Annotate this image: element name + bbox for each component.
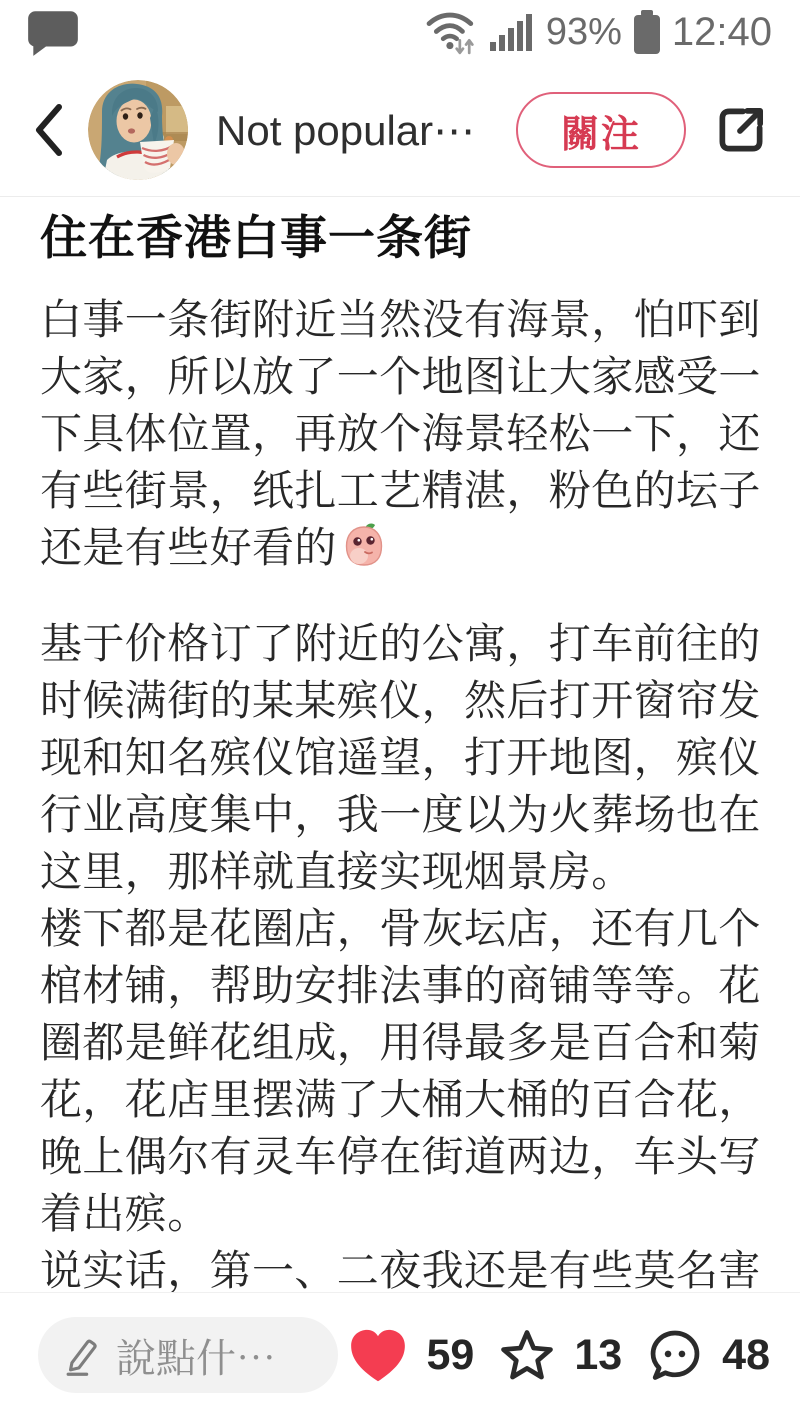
wifi-icon bbox=[424, 8, 480, 56]
pencil-icon bbox=[60, 1333, 104, 1377]
post-paragraph-2: 基于价格订了附近的公寓，打车前往的 时候满街的某某殡仪，然后打开窗帘发 现和知名… bbox=[40, 615, 760, 1299]
chat-bubble-notification-icon bbox=[24, 7, 82, 57]
status-indicators: 93% 12:40 bbox=[424, 8, 772, 56]
like-button[interactable]: 59 bbox=[346, 1325, 474, 1385]
collect-button[interactable]: 13 bbox=[496, 1325, 622, 1385]
post-paragraph-1: 白事一条街附近当然没有海景，怕吓到 大家，所以放了一个地图让大家感受一 下具体位… bbox=[40, 291, 760, 576]
post-header: Not popular⋯ 關注 bbox=[0, 64, 800, 197]
status-bar: 93% 12:40 bbox=[0, 0, 800, 64]
post-title: 住在香港白事一条街 bbox=[40, 209, 760, 267]
comment-button[interactable]: 48 bbox=[644, 1325, 770, 1385]
chevron-left-icon bbox=[30, 101, 66, 159]
comment-count: 48 bbox=[722, 1331, 770, 1380]
follow-button[interactable]: 關注 bbox=[516, 92, 686, 168]
star-icon bbox=[496, 1325, 558, 1385]
like-count: 59 bbox=[426, 1331, 474, 1380]
collect-count: 13 bbox=[574, 1331, 622, 1380]
paragraph-1-text: 白事一条街附近当然没有海景，怕吓到 大家，所以放了一个地图让大家感受一 下具体位… bbox=[40, 296, 760, 571]
clock-text: 12:40 bbox=[672, 10, 772, 55]
back-button[interactable] bbox=[30, 100, 74, 160]
notification-area bbox=[24, 7, 82, 57]
battery-icon bbox=[632, 8, 662, 56]
avatar[interactable] bbox=[88, 80, 188, 180]
bottom-bar: 說點什⋯ 59 13 48 bbox=[0, 1292, 800, 1423]
comment-input[interactable]: 說點什⋯ bbox=[38, 1317, 338, 1393]
post-content: 住在香港白事一条街 白事一条街附近当然没有海景，怕吓到 大家，所以放了一个地图让… bbox=[0, 197, 800, 1299]
app-screen: 93% 12:40 bbox=[0, 0, 800, 1423]
battery-percent-text: 93% bbox=[546, 11, 622, 54]
share-button[interactable] bbox=[712, 101, 770, 159]
avatar-illustration bbox=[88, 80, 188, 180]
shy-peach-emoji bbox=[341, 522, 387, 568]
comment-bubble-icon bbox=[644, 1325, 706, 1385]
heart-icon bbox=[346, 1325, 410, 1385]
username-text[interactable]: Not popular⋯ bbox=[216, 106, 475, 155]
comment-placeholder: 說點什⋯ bbox=[116, 1327, 276, 1384]
action-buttons: 59 13 48 bbox=[346, 1325, 770, 1385]
share-icon bbox=[712, 101, 770, 159]
signal-strength-icon bbox=[490, 10, 536, 54]
